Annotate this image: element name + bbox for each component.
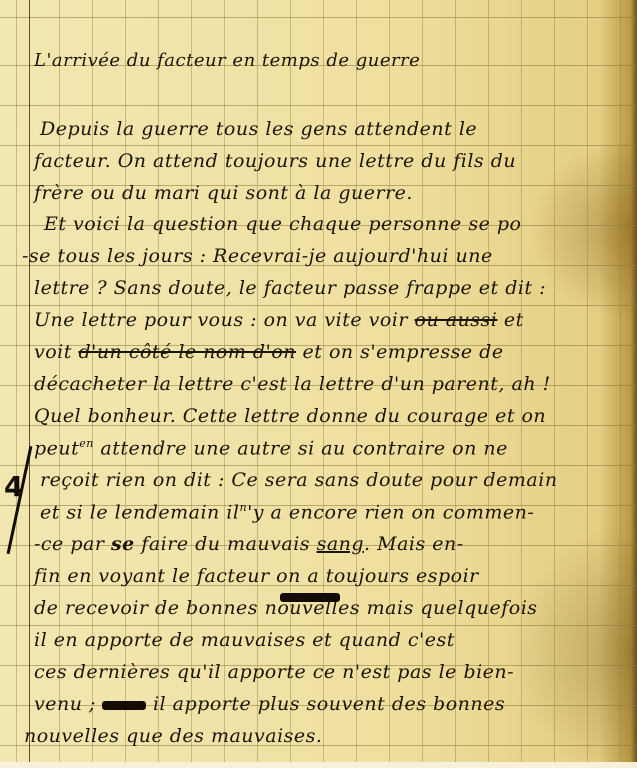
text-line: voit d'un côté le nom d'on et on s'empre… [34,341,504,363]
text-line: -ce par se faire du mauvais sang. Mais e… [34,533,464,555]
struck-text: ou aussi [415,309,498,331]
text-line: fin en voyant le facteur on a toujours e… [34,565,479,587]
text-segment: voit [34,341,78,363]
text-segment: et si le lendemain il [40,501,239,523]
text-line: venu ; il apporte plus souvent des bonne… [34,693,505,715]
struck-text: d'un côté le nom d'on [78,341,296,363]
text-segment: . Mais en- [364,533,464,555]
text-line: lettre ? Sans doute, le facteur passe fr… [34,277,546,299]
text-line: peuten attendre une autre si au contrair… [34,437,508,459]
text-segment: -ce par [34,533,111,555]
text-line: frère ou du mari qui sont à la guerre. [34,182,413,204]
text-segment: peut [34,437,79,459]
ink-blot [280,593,340,602]
inserted-letter: n [239,501,247,514]
text-line: décacheter la lettre c'est la lettre d'u… [34,373,551,395]
text-line: facteur. On attend toujours une lettre d… [34,150,516,172]
text-segment: venu ; [34,693,102,715]
text-line: -se tous les jours : Recevrai-je aujourd… [22,245,493,267]
text-line: Une lettre pour vous : on va vite voir o… [34,309,524,331]
text-segment: Une lettre pour vous : on va vite voir [34,309,408,331]
essay-title: L'arrivée du facteur en temps de guerre [34,50,420,71]
text-line: ces dernières qu'il apporte ce n'est pas… [34,661,514,683]
inserted-word: en [79,437,94,450]
notebook-page: 4 L'arrivée du facteur en temps de guerr… [0,0,637,768]
text-line: nouvelles que des mauvaises. [24,725,322,747]
text-segment: 'y a encore rien on commen- [247,501,534,523]
text-line: Quel bonheur. Cette lettre donne du cour… [34,405,546,427]
text-line: reçoit rien on dit : Ce sera sans doute … [40,469,558,491]
text-line: de recevoir de bonnes nouvelles mais que… [34,597,538,619]
underlined-word: sang [317,533,364,555]
text-segment: il apporte plus souvent des bonnes [146,693,505,715]
ink-blot [102,701,146,710]
text-line: Et voici la question que chaque personne… [44,213,521,235]
text-segment: faire du mauvais [135,533,317,555]
text-segment: attendre une autre si au contraire on ne [94,437,508,459]
text-segment: mais quelquefois [360,597,537,619]
text-line: et si le lendemain iln'y a encore rien o… [40,501,534,523]
text-segment: et [497,309,523,331]
page-bottom-edge [0,762,637,768]
text-line: Depuis la guerre tous les gens attendent… [40,118,477,140]
handwritten-text: L'arrivée du facteur en temps de guerre … [0,0,637,768]
text-line: il en apporte de mauvaises et quand c'es… [34,629,455,651]
ink-blot-word: se [111,533,135,555]
text-segment: et on s'empresse de [296,341,504,363]
